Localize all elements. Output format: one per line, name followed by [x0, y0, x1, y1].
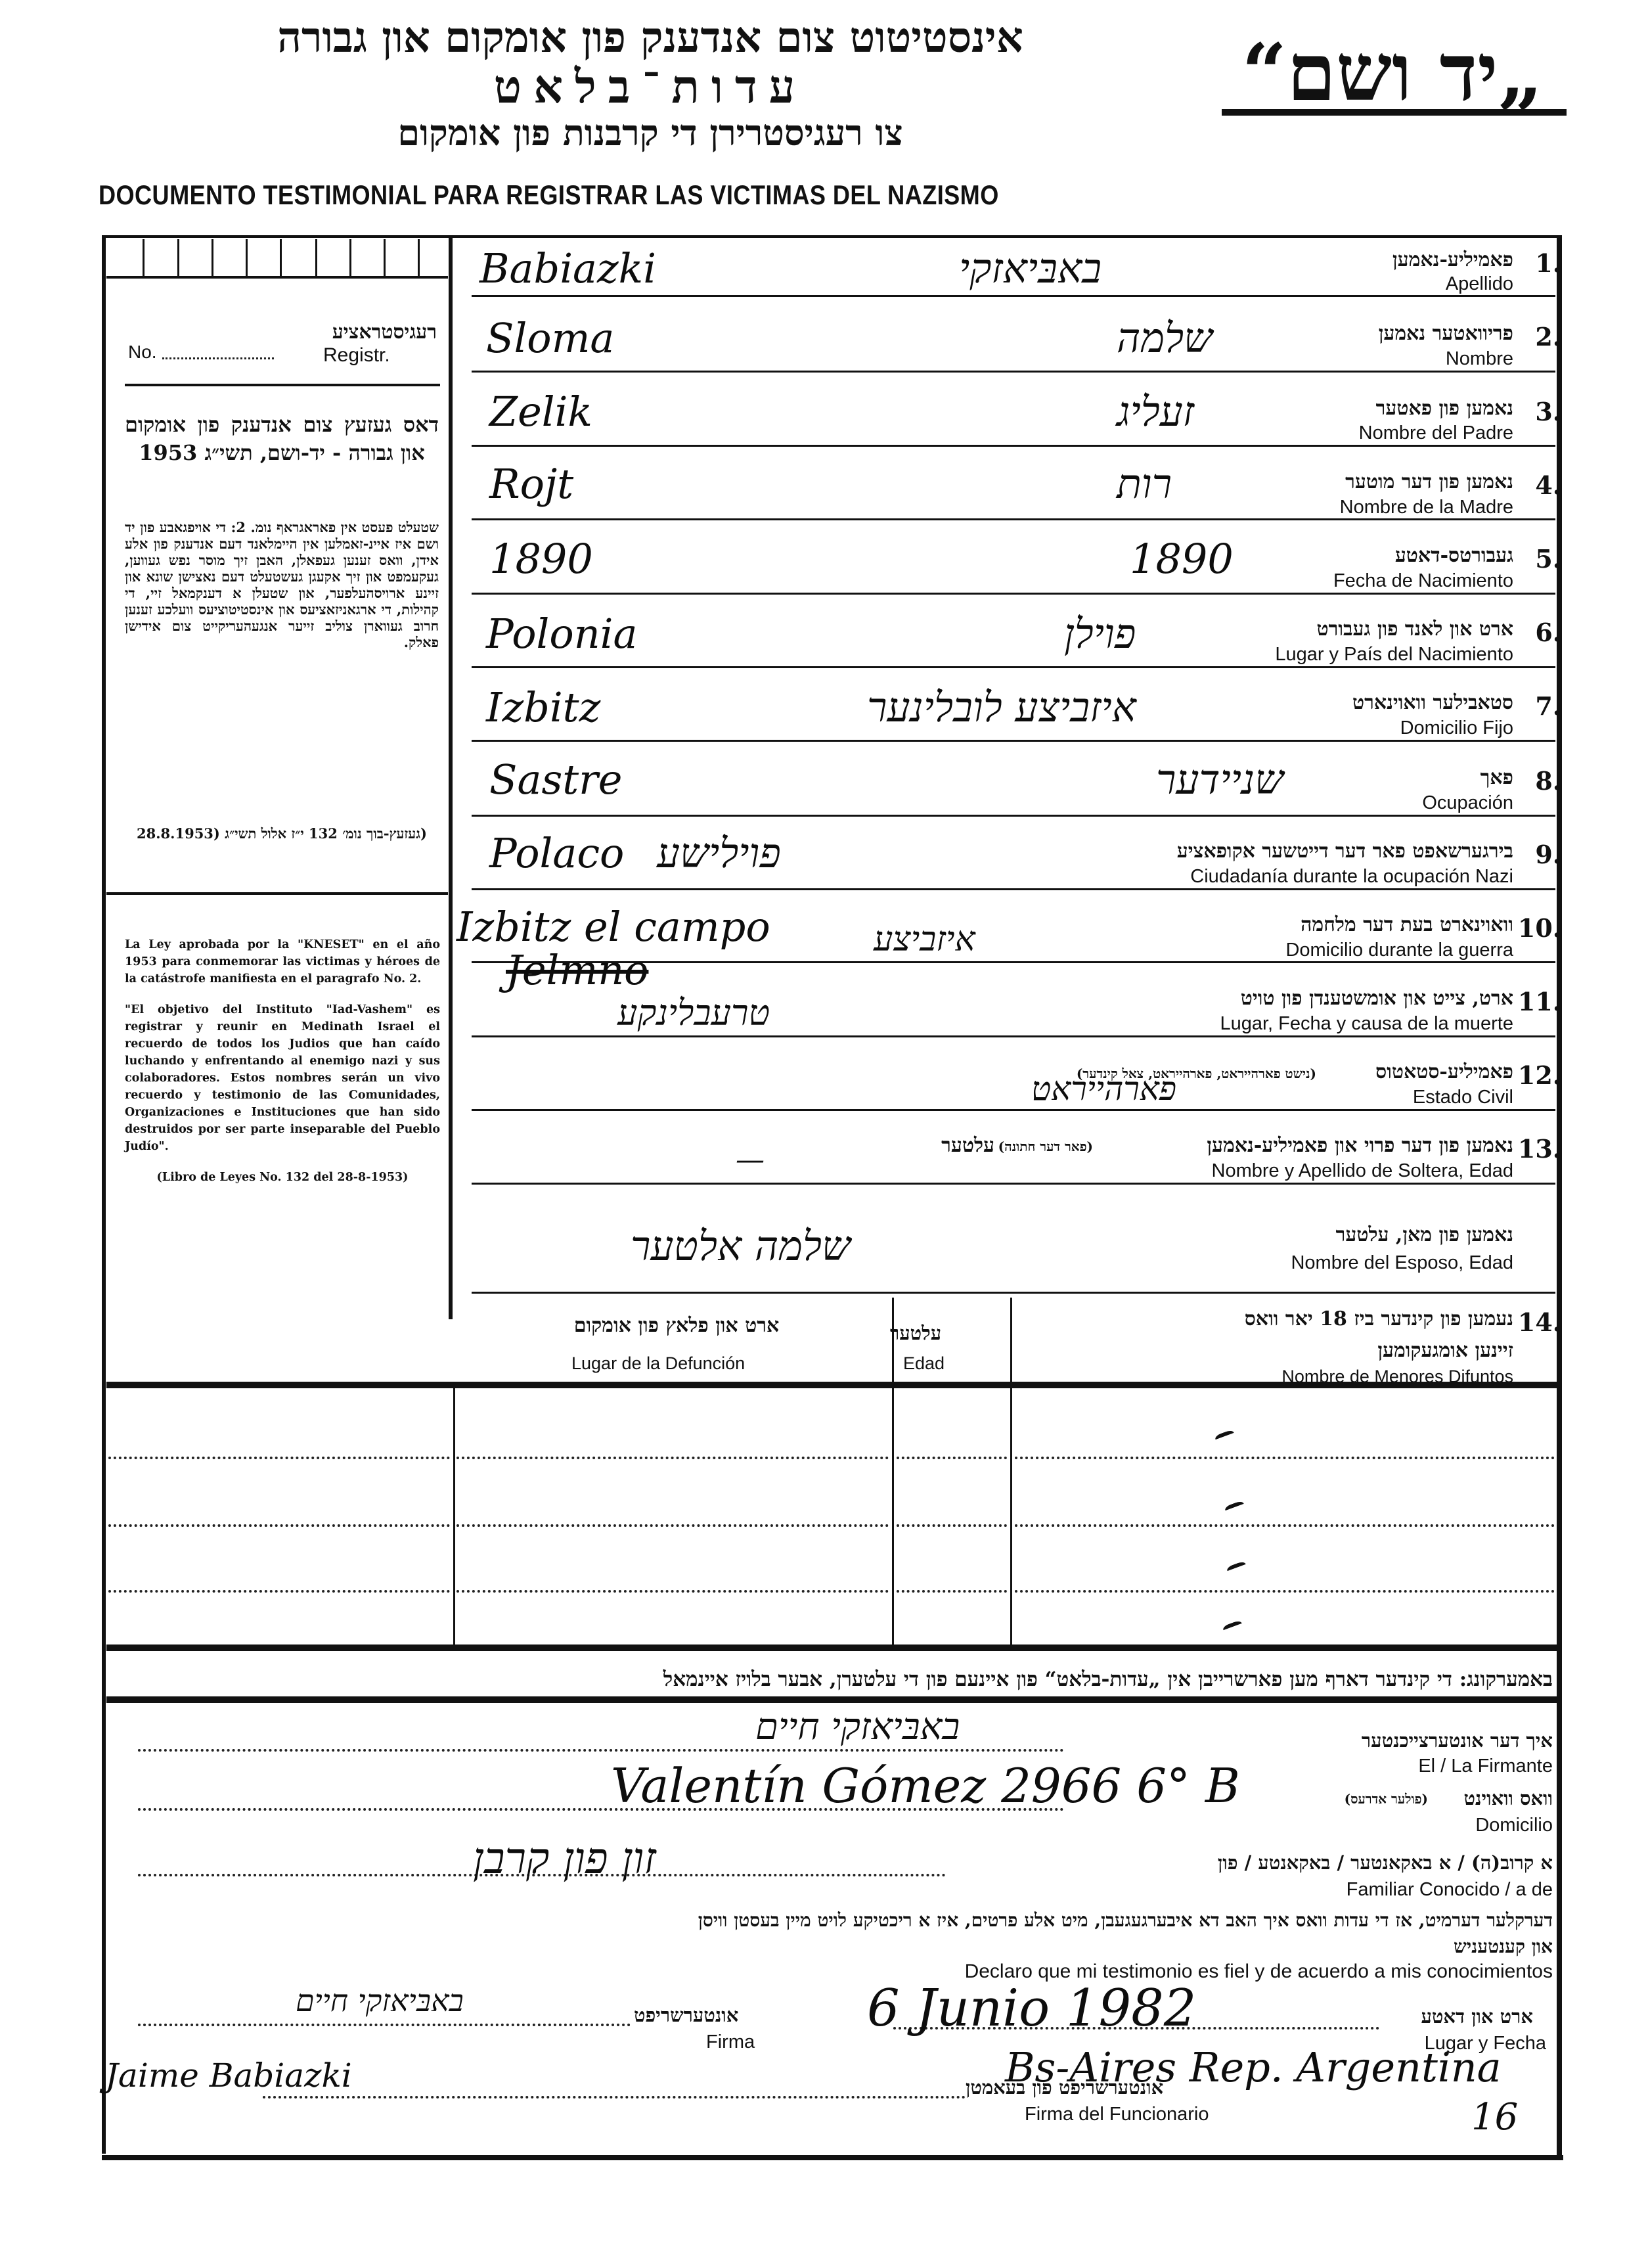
- birthplace-value-latin[interactable]: Polonia: [486, 610, 637, 658]
- form-border-left: [102, 235, 106, 2154]
- dash-mark: [1214, 1429, 1236, 1444]
- birth-date-value-2[interactable]: 1890: [1130, 535, 1234, 583]
- field-label-spanish: Nombre: [1446, 348, 1513, 370]
- sidebar-rule: [106, 892, 448, 895]
- form-title-yiddish: עדות־בלאט: [197, 59, 1103, 114]
- field-note-yiddish: (פאר דער חתונה): [998, 1139, 1093, 1155]
- children-names-header-yiddish-2: זיינען אומגעקומען: [1377, 1339, 1513, 1362]
- field-label-spanish: Lugar, Fecha y causa de la muerte: [1220, 1013, 1513, 1035]
- domicile-label-yiddish: וואס וואוינט: [1464, 1787, 1553, 1810]
- law-paragraph-1: La Ley aprobada por la "KNESET" en el añ…: [125, 936, 440, 987]
- table-column-divider: [1010, 1298, 1012, 1646]
- mother-name-value-latin[interactable]: Rojt: [489, 460, 573, 508]
- children-place-header-spanish: Lugar de la Defunción: [571, 1353, 745, 1374]
- logo-underline: [1222, 109, 1567, 116]
- form-subtitle-yiddish: צו רעגיסטרירן די קרבנות פון אומקום: [197, 112, 1103, 154]
- field-label-yiddish: פאך: [1480, 766, 1513, 789]
- field-number: 1.: [1515, 248, 1561, 278]
- signature-label-yiddish: אונטערשריפט: [634, 2004, 738, 2027]
- signature-latin[interactable]: Jaime Babiazki: [105, 2056, 352, 2095]
- death-place-value-hebrew[interactable]: טרעבלינקע: [617, 992, 770, 1033]
- registration-number-field[interactable]: [162, 357, 274, 359]
- sidebar-divider: [449, 235, 453, 1319]
- children-place-header-yiddish: ארט און פלאץ פון אומקום: [506, 1314, 847, 1337]
- citizenship-value-hebrew[interactable]: פוילישע: [657, 829, 781, 878]
- father-name-value-latin[interactable]: Zelik: [489, 388, 592, 436]
- father-name-value-hebrew[interactable]: זעליג: [1117, 388, 1194, 436]
- official-label-spanish: Firma del Funcionario: [1025, 2104, 1209, 2125]
- row-divider: [472, 371, 1555, 373]
- field-label-yiddish: נאמען פון מאן, עלטער: [1336, 1223, 1513, 1246]
- row-divider: [472, 888, 1555, 890]
- maiden-name-value[interactable]: —: [736, 1143, 765, 1177]
- tick-divider: [280, 239, 282, 277]
- page-number: 16: [1471, 2096, 1518, 2139]
- field-label-spanish: Lugar y País del Nacimiento: [1275, 644, 1513, 666]
- field-label-yiddish: בירגערשאפט פאר דער דייטשער אקופאציע: [1177, 840, 1513, 863]
- tick-divider: [315, 239, 317, 277]
- marital-status-value-hebrew[interactable]: פארהייראט: [1031, 1070, 1176, 1108]
- field-label-spanish: Apellido: [1446, 273, 1513, 295]
- declaration-yiddish-line1: דערקלער דערמיט, אז די עדות וואס איך האב …: [698, 1909, 1553, 1932]
- row-divider: [472, 740, 1555, 742]
- field-label-yiddish: סטאבילער וואוינארט: [1352, 691, 1513, 714]
- spouse-name-value-hebrew[interactable]: שלמה אלטער: [631, 1222, 851, 1271]
- field-label-yiddish: וואוינארט בעת דער מלחמה: [1301, 913, 1513, 936]
- permanent-residence-value-hebrew[interactable]: איזביצע לובלינער: [867, 683, 1136, 732]
- children-age-header-yiddish: עלטער: [890, 1322, 941, 1345]
- field-label-spanish: Ciudadanía durante la ocupación Nazi: [1190, 866, 1513, 888]
- official-signature-line: [263, 2096, 966, 2098]
- official-label-yiddish: אונטערשריפט פון בעאמטן: [966, 2076, 1163, 2099]
- tick-divider: [384, 239, 386, 277]
- registration-no-label: No.: [128, 342, 157, 363]
- row-divider: [472, 666, 1555, 668]
- field-label-spanish: Domicilio durante la guerra: [1285, 940, 1513, 961]
- field-number: 12.: [1515, 1060, 1561, 1090]
- field-label-yiddish: פריוואטער נאמען: [1379, 322, 1513, 345]
- field-label-yiddish: נאמען פון פאטער: [1376, 397, 1513, 420]
- page-title: DOCUMENTO TESTIMONIAL PARA REGISTRAR LAS…: [99, 179, 999, 211]
- place-date-label-yiddish: ארט און דאטע: [1421, 2005, 1533, 2028]
- law-text-spanish: La Ley aprobada por la "KNESET" en el añ…: [125, 936, 440, 1200]
- law-body-yiddish: שטעלט פעסט אין פאראגראף נומ. 2: די אויפג…: [125, 519, 439, 650]
- law-paragraph-2: "El objetivo del Instituto "Iad-Vashem" …: [125, 1001, 440, 1155]
- tick-divider: [349, 239, 351, 277]
- field-label-spanish: Nombre del Padre: [1359, 422, 1513, 444]
- field-label-spanish: Nombre y Apellido de Soltera, Edad: [1212, 1160, 1513, 1182]
- field-number: 9.: [1515, 840, 1561, 869]
- citizenship-value-latin[interactable]: Polaco: [489, 829, 624, 877]
- signer-label-yiddish: איך דער אונטערצייכנטער: [1362, 1729, 1553, 1752]
- tick-divider: [143, 239, 145, 277]
- dash-mark: [1224, 1500, 1246, 1515]
- signer-name-value[interactable]: באבּיאזקי חיים: [755, 1706, 960, 1748]
- row-divider: [472, 518, 1555, 520]
- surname-value-latin[interactable]: Babiazki: [479, 244, 656, 292]
- signature-hebrew[interactable]: באבּיאזקי חיים: [296, 1983, 464, 2018]
- field-label-yiddish: נאמען פון דער מוטער: [1345, 470, 1513, 493]
- field-number: 6.: [1515, 618, 1561, 647]
- children-note-yiddish: באמערקונג: די קינדער דארף מען פארשרייבן …: [663, 1667, 1553, 1691]
- surname-value-hebrew[interactable]: באבּיאזקי: [959, 244, 1102, 293]
- declaration-yiddish-line2: און קענטעניש: [1454, 1936, 1553, 1958]
- dash-mark: [1226, 1560, 1248, 1576]
- field-suffix-yiddish: עלטער: [941, 1134, 994, 1157]
- dash-mark: [1222, 1620, 1244, 1635]
- field-label-spanish: Fecha de Nacimiento: [1333, 570, 1513, 592]
- signer-label-spanish: El / La Firmante: [1418, 1756, 1553, 1777]
- field-number: 3.: [1515, 397, 1561, 426]
- table-column-divider: [453, 1386, 455, 1646]
- row-divider: [472, 593, 1555, 595]
- row-divider: [472, 1183, 1555, 1185]
- signature-label-spanish: Firma: [706, 2031, 755, 2053]
- tick-divider: [246, 239, 248, 277]
- mother-name-value-hebrew[interactable]: רות: [1117, 460, 1172, 509]
- field-label-yiddish: נאמען פון דער פרוי און פאמיליע-נאמען: [1207, 1134, 1513, 1157]
- children-age-header-spanish: Edad: [903, 1353, 945, 1374]
- yad-vashem-logo: „יד ושם“: [1222, 26, 1563, 112]
- sidebar-rule: [125, 384, 440, 386]
- registration-tick-boxes[interactable]: [106, 238, 448, 277]
- tick-divider: [418, 239, 420, 277]
- law-citation-spanish: (Libro de Leyes No. 132 del 28-8-1953): [125, 1169, 440, 1186]
- registration-number-block: No. רעגיסטראציע Registr.: [128, 315, 443, 374]
- field-label-yiddish: פאמיליע-סטאטוס: [1375, 1060, 1513, 1083]
- field-number: 4.: [1515, 470, 1561, 500]
- birth-date-value[interactable]: 1890: [489, 535, 593, 583]
- law-heading-yiddish: דאס געזעץ צום אנדענק פון אומקום און גבור…: [125, 411, 439, 467]
- date-value[interactable]: 6 Junio 1982: [867, 1979, 1196, 2038]
- row-divider: [472, 815, 1555, 817]
- relation-label-spanish: Familiar Conocido / a de: [1347, 1879, 1553, 1901]
- institute-title-yiddish: אינסטיטוט צום אנדענק פון אומקום און גבור…: [197, 13, 1103, 62]
- field-number: 13.: [1515, 1134, 1561, 1164]
- domicile-value[interactable]: Valentín Gómez 2966 6° B: [611, 1758, 1240, 1813]
- signer-name-line: [138, 1749, 1064, 1752]
- table-column-divider: [892, 1298, 894, 1646]
- birthplace-value-hebrew[interactable]: פוילן: [1064, 610, 1136, 658]
- registration-label-yiddish: רעגיסטראציע: [332, 321, 437, 344]
- field-label-yiddish: פאמיליע-נאמען: [1392, 248, 1513, 271]
- field-label-yiddish: געבורטס-דאטע: [1395, 544, 1513, 567]
- field-number: 8.: [1515, 766, 1561, 796]
- form-border-bottom: [102, 2155, 1563, 2160]
- note-rule-top: [106, 1644, 1558, 1651]
- occupation-value-latin[interactable]: Sastre: [489, 756, 623, 804]
- wartime-residence-value-latin[interactable]: Izbitz el campo: [456, 903, 770, 951]
- domicile-label-spanish: Domicilio: [1475, 1815, 1553, 1836]
- row-divider: [472, 1035, 1555, 1037]
- field-label-yiddish: ארט, צייט און אומשטענדן פון טויט: [1241, 987, 1513, 1010]
- field-number: 11.: [1515, 987, 1561, 1016]
- field-label-spanish: Ocupación: [1422, 792, 1513, 814]
- field-number: 5.: [1515, 544, 1561, 574]
- row-divider: [472, 1109, 1555, 1111]
- permanent-residence-value-latin[interactable]: Izbitz: [486, 683, 600, 731]
- field-number: 2.: [1515, 322, 1561, 352]
- signature-line: [138, 2024, 631, 2026]
- field-number: 7.: [1515, 691, 1561, 721]
- note-rule-bottom: [106, 1696, 1558, 1703]
- wartime-residence-value-hebrew[interactable]: איזביצע: [874, 920, 975, 959]
- sidebar-rule: [106, 276, 448, 279]
- row-divider: [472, 445, 1555, 447]
- row-divider: [472, 295, 1555, 297]
- registration-label-spanish: Registr.: [323, 344, 390, 367]
- relation-value[interactable]: זון פון קרבן: [473, 1833, 656, 1884]
- row-divider: [472, 1292, 1555, 1294]
- field-number: 10.: [1515, 913, 1561, 943]
- given-name-value-hebrew[interactable]: שלמה: [1117, 314, 1213, 363]
- domicile-note-yiddish: (פולער אדרעס): [1345, 1791, 1428, 1807]
- occupation-value-hebrew[interactable]: שניידער: [1156, 756, 1283, 804]
- tick-divider: [177, 239, 179, 277]
- law-citation-yiddish: (געזעץ-בוך נומ׳ 132 י״ז אלול תשי״ג (28.8…: [125, 825, 439, 843]
- table-header-rule: [106, 1382, 1558, 1388]
- field-label-spanish: Domicilio Fijo: [1400, 717, 1513, 739]
- death-place-value-latin[interactable]: Jelmno: [506, 946, 648, 994]
- field-label-spanish: Nombre de la Madre: [1340, 497, 1513, 518]
- field-label-spanish: Nombre del Esposo, Edad: [1291, 1252, 1513, 1274]
- field-label-spanish: Estado Civil: [1413, 1087, 1513, 1108]
- tick-divider: [211, 239, 213, 277]
- relation-label-yiddish: א קרוב(ה) / א באקאנטער / באקאנטע / פון: [1218, 1851, 1553, 1874]
- form-border-right: [1557, 235, 1562, 2160]
- children-names-header-yiddish: נעמען פון קינדער ביז 18 יאר וואס: [1245, 1307, 1513, 1330]
- given-name-value-latin[interactable]: Sloma: [486, 314, 614, 362]
- field-number: 14.: [1515, 1307, 1561, 1337]
- field-label-yiddish: ארט און לאנד פון געבורט: [1317, 618, 1513, 641]
